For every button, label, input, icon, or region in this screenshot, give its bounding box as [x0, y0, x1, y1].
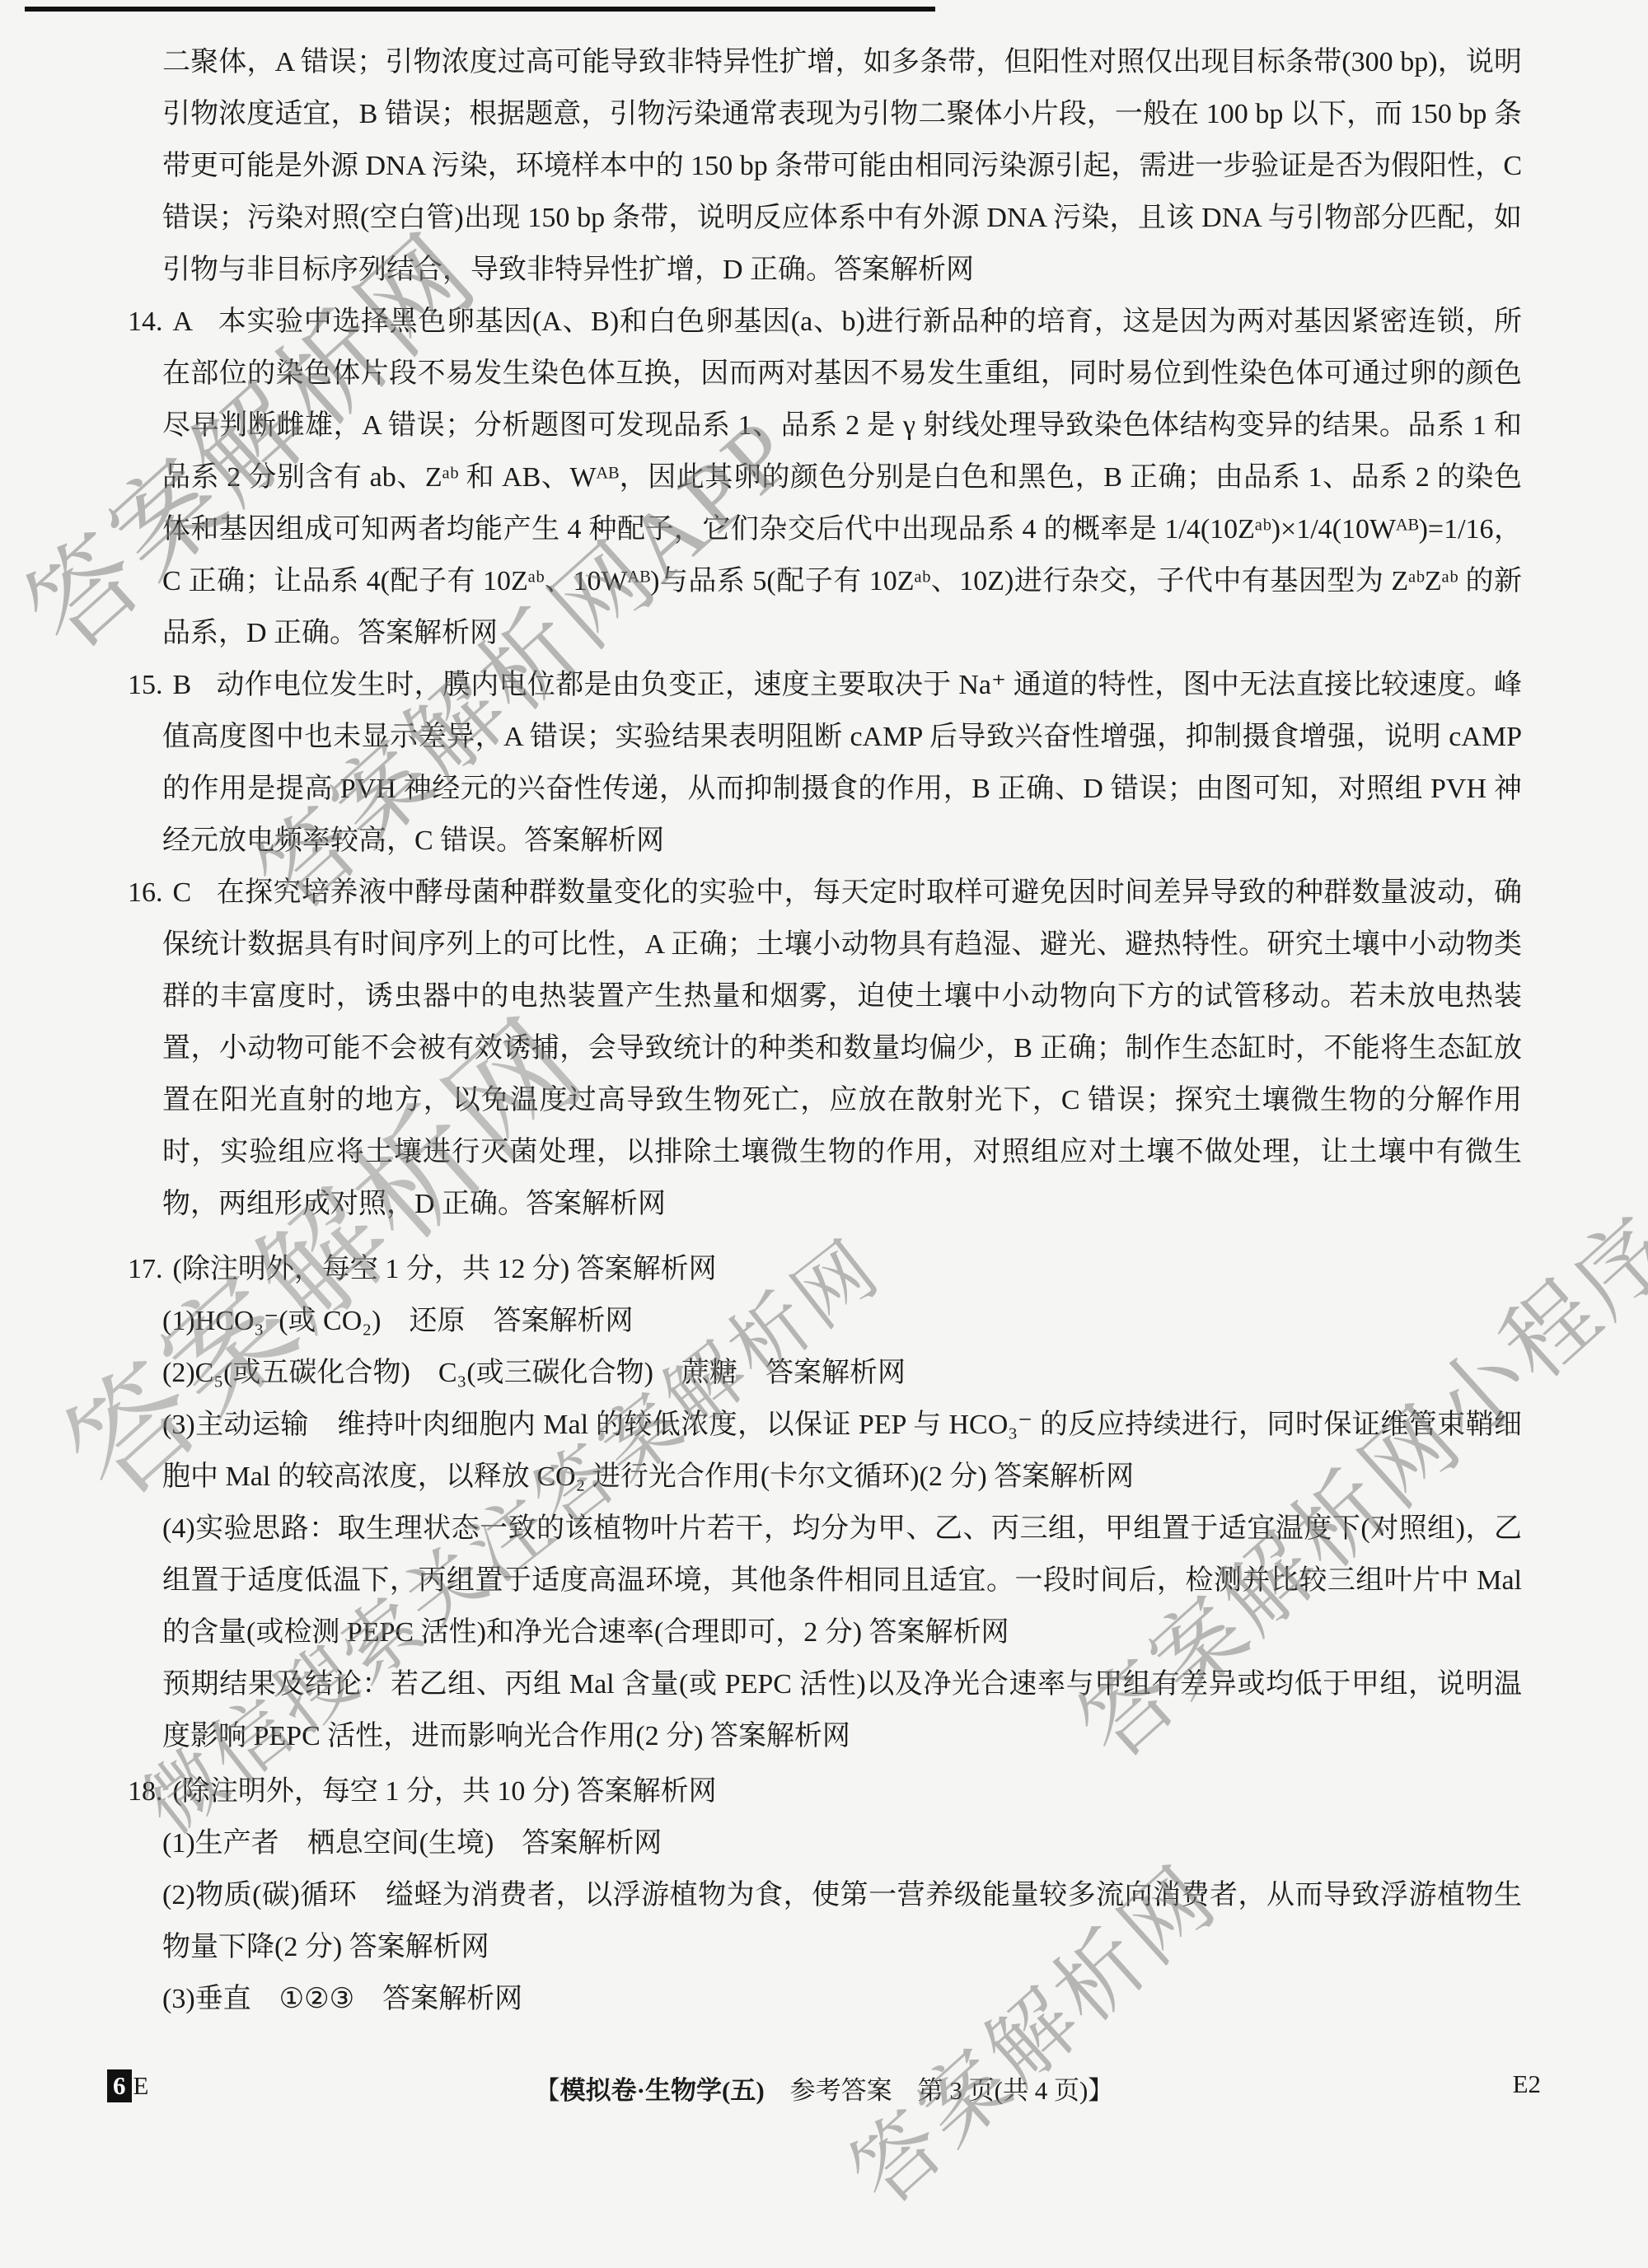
- answer-17-sub-3: (3)主动运输 维持叶肉细胞内 Mal 的较低浓度，以保证 PEP 与 HCO₃…: [162, 1399, 1522, 1503]
- page-footer: 6E 【模拟卷·生物学(五) 参考答案 第 3 页(共 4 页)】 E2: [0, 2069, 1648, 2109]
- scoring-note: (除注明外，每空 1 分，共 12 分) 答案解析网: [173, 1254, 717, 1284]
- answer-item-15: 15.B动作电位发生时，膜内电位都是由负变正，速度主要取决于 Na⁺ 通道的特性…: [128, 659, 1522, 867]
- answer-18-sub-2: (2)物质(碳)循环 缢蛏为消费者，以浮游植物为食，使第一营养级能量较多流向消费…: [162, 1869, 1522, 1973]
- answer-18-sub-1: (1)生产者 栖息空间(生境) 答案解析网: [162, 1817, 1522, 1869]
- answer-text: (1)HCO₃⁻(或 CO₂) 还原 答案解析网: [162, 1306, 633, 1336]
- answer-item-18-header: 18.(除注明外，每空 1 分，共 10 分) 答案解析网: [128, 1765, 1522, 1817]
- question-number: 14.: [128, 306, 163, 337]
- footer-title: 【模拟卷·生物学(五) 参考答案 第 3 页(共 4 页)】: [0, 2069, 1648, 2107]
- explanation-text: 动作电位发生时，膜内电位都是由负变正，速度主要取决于 Na⁺ 通道的特性，图中无…: [162, 670, 1522, 856]
- exam-title: 模拟卷·生物学(五): [560, 2076, 765, 2105]
- footer-right-code: E2: [1513, 2069, 1541, 2099]
- answer-letter: B: [173, 670, 192, 700]
- answer-text: (3)主动运输 维持叶肉细胞内 Mal 的较低浓度，以保证 PEP 与 HCO₃…: [162, 1410, 1522, 1492]
- answer-text: (1)生产者 栖息空间(生境) 答案解析网: [162, 1828, 662, 1859]
- top-rule: [25, 7, 935, 12]
- answer-13-continuation: 二聚体，A 错误；引物浓度过高可能导致非特异性扩增，如多条带，但阳性对照仅出现目…: [162, 36, 1522, 296]
- scanned-answer-page: 答案解析网 答案解析网APP 答案解析网 微信搜索关注答案解析网 答案解析网小程…: [0, 0, 1648, 2268]
- answer-17-expected-result: 预期结果及结论：若乙组、丙组 Mal 含量(或 PEPC 活性)以及净光合速率与…: [162, 1658, 1522, 1762]
- answer-text: (2)C₅(或五碳化合物) C₃(或三碳化合物) 蔗糖 答案解析网: [162, 1358, 906, 1388]
- question-number: 17.: [128, 1254, 163, 1284]
- answer-letter: A: [173, 306, 194, 337]
- question-number: 18.: [128, 1776, 163, 1807]
- explanation-text: 在探究培养液中酵母菌种群数量变化的实验中，每天定时取样可避免因时间差异导致的种群…: [162, 877, 1522, 1219]
- scoring-note: (除注明外，每空 1 分，共 10 分) 答案解析网: [173, 1776, 717, 1807]
- answer-key-body: 二聚体，A 错误；引物浓度过高可能导致非特异性扩增，如多条带，但阳性对照仅出现目…: [128, 36, 1522, 2025]
- question-number: 16.: [128, 877, 163, 908]
- answer-text: 预期结果及结论：若乙组、丙组 Mal 含量(或 PEPC 活性)以及净光合速率与…: [162, 1669, 1522, 1751]
- footer-bracket: 【: [535, 2076, 560, 2105]
- answer-17-sub-2: (2)C₅(或五碳化合物) C₃(或三碳化合物) 蔗糖 答案解析网: [162, 1347, 1522, 1399]
- answer-letter: C: [173, 877, 192, 908]
- answer-18-sub-3: (3)垂直 ①②③ 答案解析网: [162, 1973, 1522, 2025]
- answer-item-17-header: 17.(除注明外，每空 1 分，共 12 分) 答案解析网: [128, 1243, 1522, 1295]
- answer-item-16: 16.C在探究培养液中酵母菌种群数量变化的实验中，每天定时取样可避免因时间差异导…: [128, 867, 1522, 1230]
- explanation-text: 本实验中选择黑色卵基因(A、B)和白色卵基因(a、b)进行新品种的培育，这是因为…: [162, 306, 1522, 648]
- answer-item-14: 14.A本实验中选择黑色卵基因(A、B)和白色卵基因(a、b)进行新品种的培育，…: [128, 296, 1522, 659]
- answer-text: (4)实验思路：取生理状态一致的该植物叶片若干，均分为甲、乙、丙三组，甲组置于适…: [162, 1513, 1522, 1648]
- paragraph-text: 二聚体，A 错误；引物浓度过高可能导致非特异性扩增，如多条带，但阳性对照仅出现目…: [162, 47, 1522, 285]
- answer-17-sub-1: (1)HCO₃⁻(或 CO₂) 还原 答案解析网: [162, 1295, 1522, 1347]
- page-indicator: 参考答案 第 3 页(共 4 页)】: [765, 2076, 1114, 2105]
- question-number: 15.: [128, 670, 163, 700]
- answer-17-sub-4: (4)实验思路：取生理状态一致的该植物叶片若干，均分为甲、乙、丙三组，甲组置于适…: [162, 1503, 1522, 1658]
- answer-text: (2)物质(碳)循环 缢蛏为消费者，以浮游植物为食，使第一营养级能量较多流向消费…: [162, 1880, 1522, 1962]
- answer-text: (3)垂直 ①②③ 答案解析网: [162, 1984, 522, 2014]
